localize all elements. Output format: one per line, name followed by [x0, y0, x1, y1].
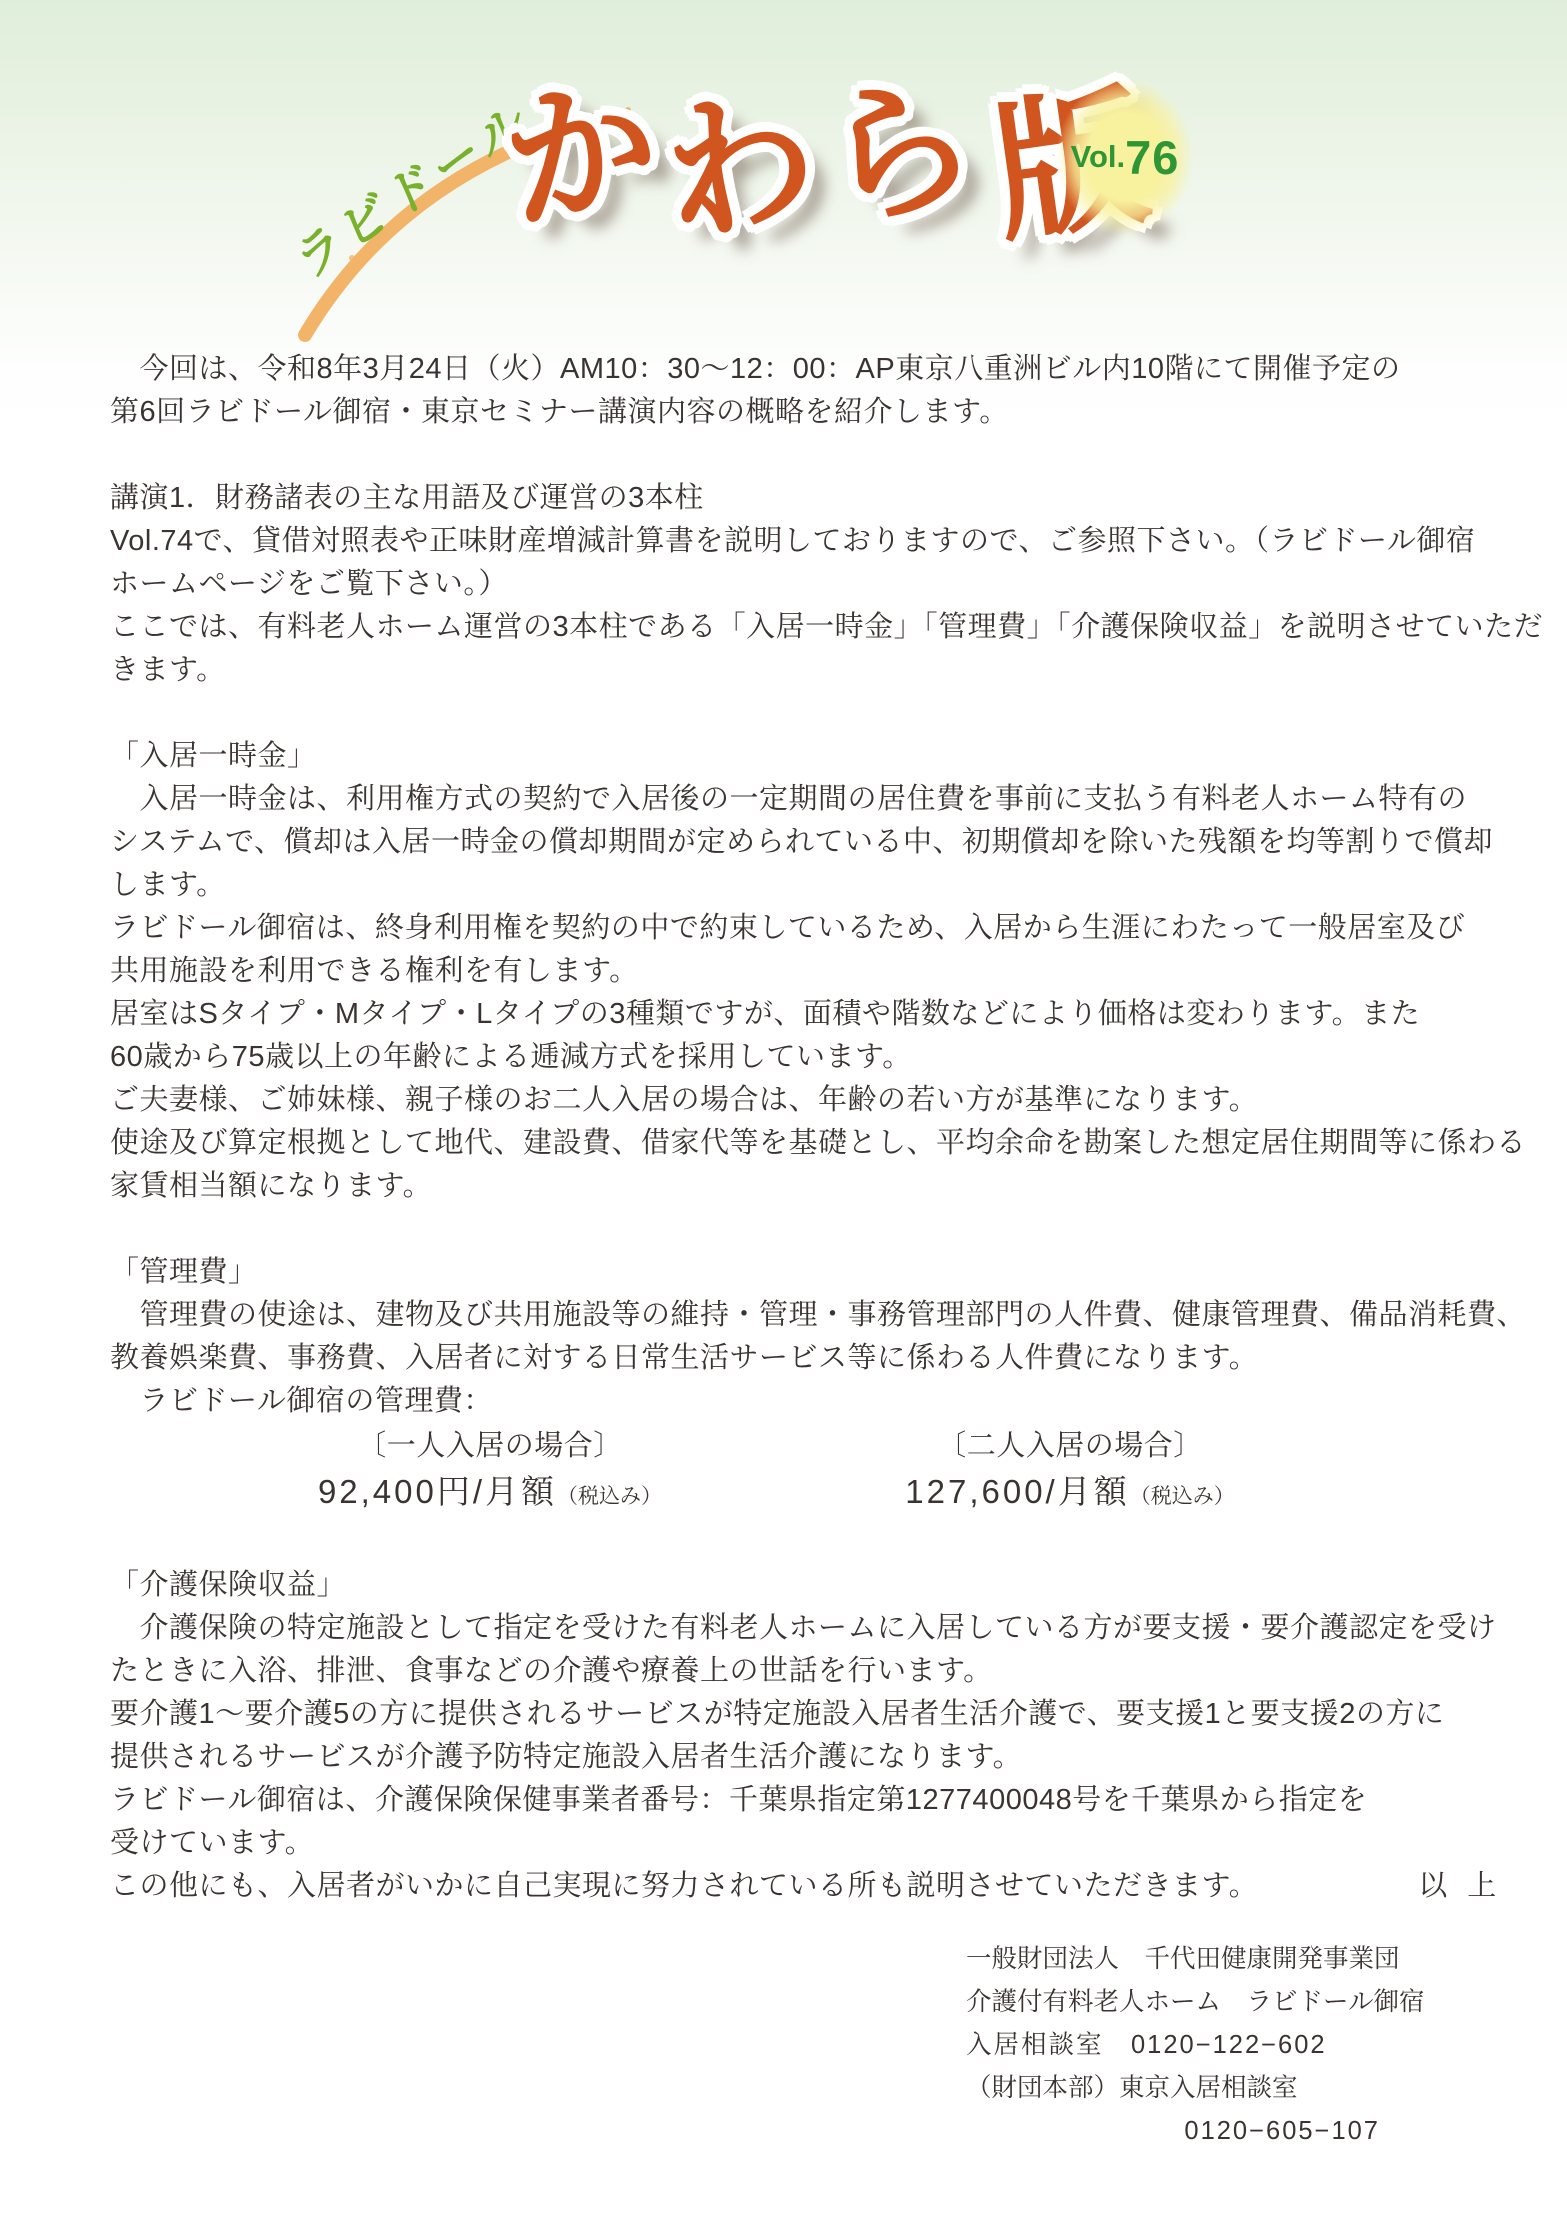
nyukyo-line: システムで、償却は入居一時金の償却期間が定められている中、初期償却を除いた残額を…: [110, 821, 1462, 864]
closing-line: この他にも、入居者がいかに自己実現に努力されている所も説明させていただきます。以…: [110, 1865, 1462, 1908]
lecture1-line: ここでは、有料老人ホーム運営の3本柱である「入居一時金」「管理費」「介護保険収益…: [110, 606, 1462, 649]
footer-phone-main: 入居相談室 0120−122−602: [966, 2024, 1380, 2067]
nyukyo-line: します。: [110, 864, 1462, 907]
intro-line: 今回は、令和8年3月24日（火）AM10：30～12：00：AP東京八重洲ビル内…: [110, 348, 1462, 391]
footer-office: （財団本部）東京入居相談室: [966, 2067, 1380, 2110]
kaigo-line: 受けています。: [110, 1822, 1462, 1865]
price-amount: 92,400円/月額: [318, 1473, 557, 1510]
footer-contact-block: 一般財団法人 千代田健康開発事業団 介護付有料老人ホーム ラビドール御宿 入居相…: [966, 1938, 1380, 2153]
newsletter-title: か わ ら 版: [505, 78, 1145, 230]
pricing-value-single: 92,400円/月額（税込み）: [210, 1468, 770, 1521]
kanrihi-line: 管理費の使途は、建物及び共用施設等の維持・管理・事務管理部門の人件費、健康管理費…: [110, 1294, 1462, 1337]
nyukyo-line: 入居一時金は、利用権方式の契約で入居後の一定期間の居住費を事前に支払う有料老人ホ…: [110, 778, 1462, 821]
pricing-table: 〔一人入居の場合〕 92,400円/月額（税込み） 〔二人入居の場合〕 127,…: [110, 1425, 1462, 1521]
price-tax-note: （税込み）: [1130, 1485, 1235, 1508]
closing-mark: 以 上: [1418, 1865, 1502, 1908]
kaigo-line: 要介護1～要介護5の方に提供されるサービスが特定施設入居者生活介護で、要支援1と…: [110, 1693, 1462, 1736]
nyukyo-line: 使途及び算定根拠として地代、建設費、借家代等を基礎とし、平均余命を勘案した想定居…: [110, 1122, 1462, 1165]
nyukyo-line: 居室はSタイプ・Mタイプ・Lタイプの3種類ですが、面積や階数などにより価格は変わ…: [110, 993, 1462, 1036]
kanrihi-line: 教養娯楽費、事務費、入居者に対する日常生活サービス等に係わる人件費になります。: [110, 1337, 1462, 1380]
kanrihi-label: ラビドール御宿の管理費：: [110, 1380, 1462, 1423]
newsletter-page: ラビドール か わ ら 版 Vol.76 今回は、令和8年3月24日（火）AM1…: [0, 0, 1567, 2214]
section-heading-kaigo: 「介護保険収益」: [110, 1564, 1462, 1607]
title-char: か: [492, 65, 670, 243]
section-heading-kanrihi: 「管理費」: [110, 1251, 1462, 1294]
price-amount: 127,600/月額: [905, 1473, 1129, 1510]
nyukyo-line: ラビドール御宿は、終身利用権を契約の中で約束しているため、入居から生涯にわたって…: [110, 907, 1462, 950]
nyukyo-line: 家賃相当額になります。: [110, 1165, 1462, 1208]
lecture1-heading: 講演1．財務諸表の主な用語及び運営の3本柱: [110, 477, 1462, 520]
nyukyo-line: 60歳から75歳以上の年齢による逓減方式を採用しています。: [110, 1036, 1462, 1079]
pricing-value-double: 127,600/月額（税込み）: [790, 1468, 1350, 1521]
kaigo-line: 介護保険の特定施設として指定を受けた有料老人ホームに入居している方が要支援・要介…: [110, 1607, 1462, 1650]
pricing-column-single: 〔一人入居の場合〕 92,400円/月額（税込み）: [210, 1425, 770, 1521]
volume-badge: Vol.76: [1056, 78, 1194, 236]
document-body: 今回は、令和8年3月24日（火）AM10：30～12：00：AP東京八重洲ビル内…: [110, 348, 1462, 1908]
intro-line: 第6回ラビドール御宿・東京セミナー講演内容の概略を紹介します。: [110, 391, 1462, 434]
pricing-column-double: 〔二人入居の場合〕 127,600/月額（税込み）: [790, 1425, 1350, 1521]
nyukyo-line: ご夫妻様、ご姉妹様、親子様のお二人入居の場合は、年齢の若い方が基準になります。: [110, 1079, 1462, 1122]
footer-facility: 介護付有料老人ホーム ラビドール御宿: [966, 1981, 1380, 2024]
footer-organization: 一般財団法人 千代田健康開発事業団: [966, 1938, 1380, 1981]
pricing-caption-single: 〔一人入居の場合〕: [210, 1425, 770, 1468]
price-tax-note: （税込み）: [557, 1485, 662, 1508]
lecture1-line: きます。: [110, 649, 1462, 692]
volume-number: 76: [1125, 130, 1179, 185]
title-char: ら: [807, 61, 989, 243]
footer-phone-tokyo: 0120−605−107: [966, 2110, 1380, 2153]
closing-text: この他にも、入居者がいかに自己実現に努力されている所も説明させていただきます。: [110, 1870, 1258, 1902]
volume-prefix: Vol.: [1071, 139, 1126, 175]
title-char: わ: [652, 81, 826, 255]
kaigo-line: ラビドール御宿は、介護保険保健事業者番号：千葉県指定第1277400048号を千…: [110, 1779, 1462, 1822]
lecture1-line: ホームページをご覧下さい。）: [110, 563, 1462, 606]
pricing-caption-double: 〔二人入居の場合〕: [790, 1425, 1350, 1468]
lecture1-line: Vol.74で、貸借対照表や正味財産増減計算書を説明しておりますので、ご参照下さ…: [110, 520, 1462, 563]
kaigo-line: たときに入浴、排泄、食事などの介護や療養上の世話を行います。: [110, 1650, 1462, 1693]
nyukyo-line: 共用施設を利用できる権利を有します。: [110, 950, 1462, 993]
kaigo-line: 提供されるサービスが介護予防特定施設入居者生活介護になります。: [110, 1736, 1462, 1779]
section-heading-nyukyo: 「入居一時金」: [110, 735, 1462, 778]
